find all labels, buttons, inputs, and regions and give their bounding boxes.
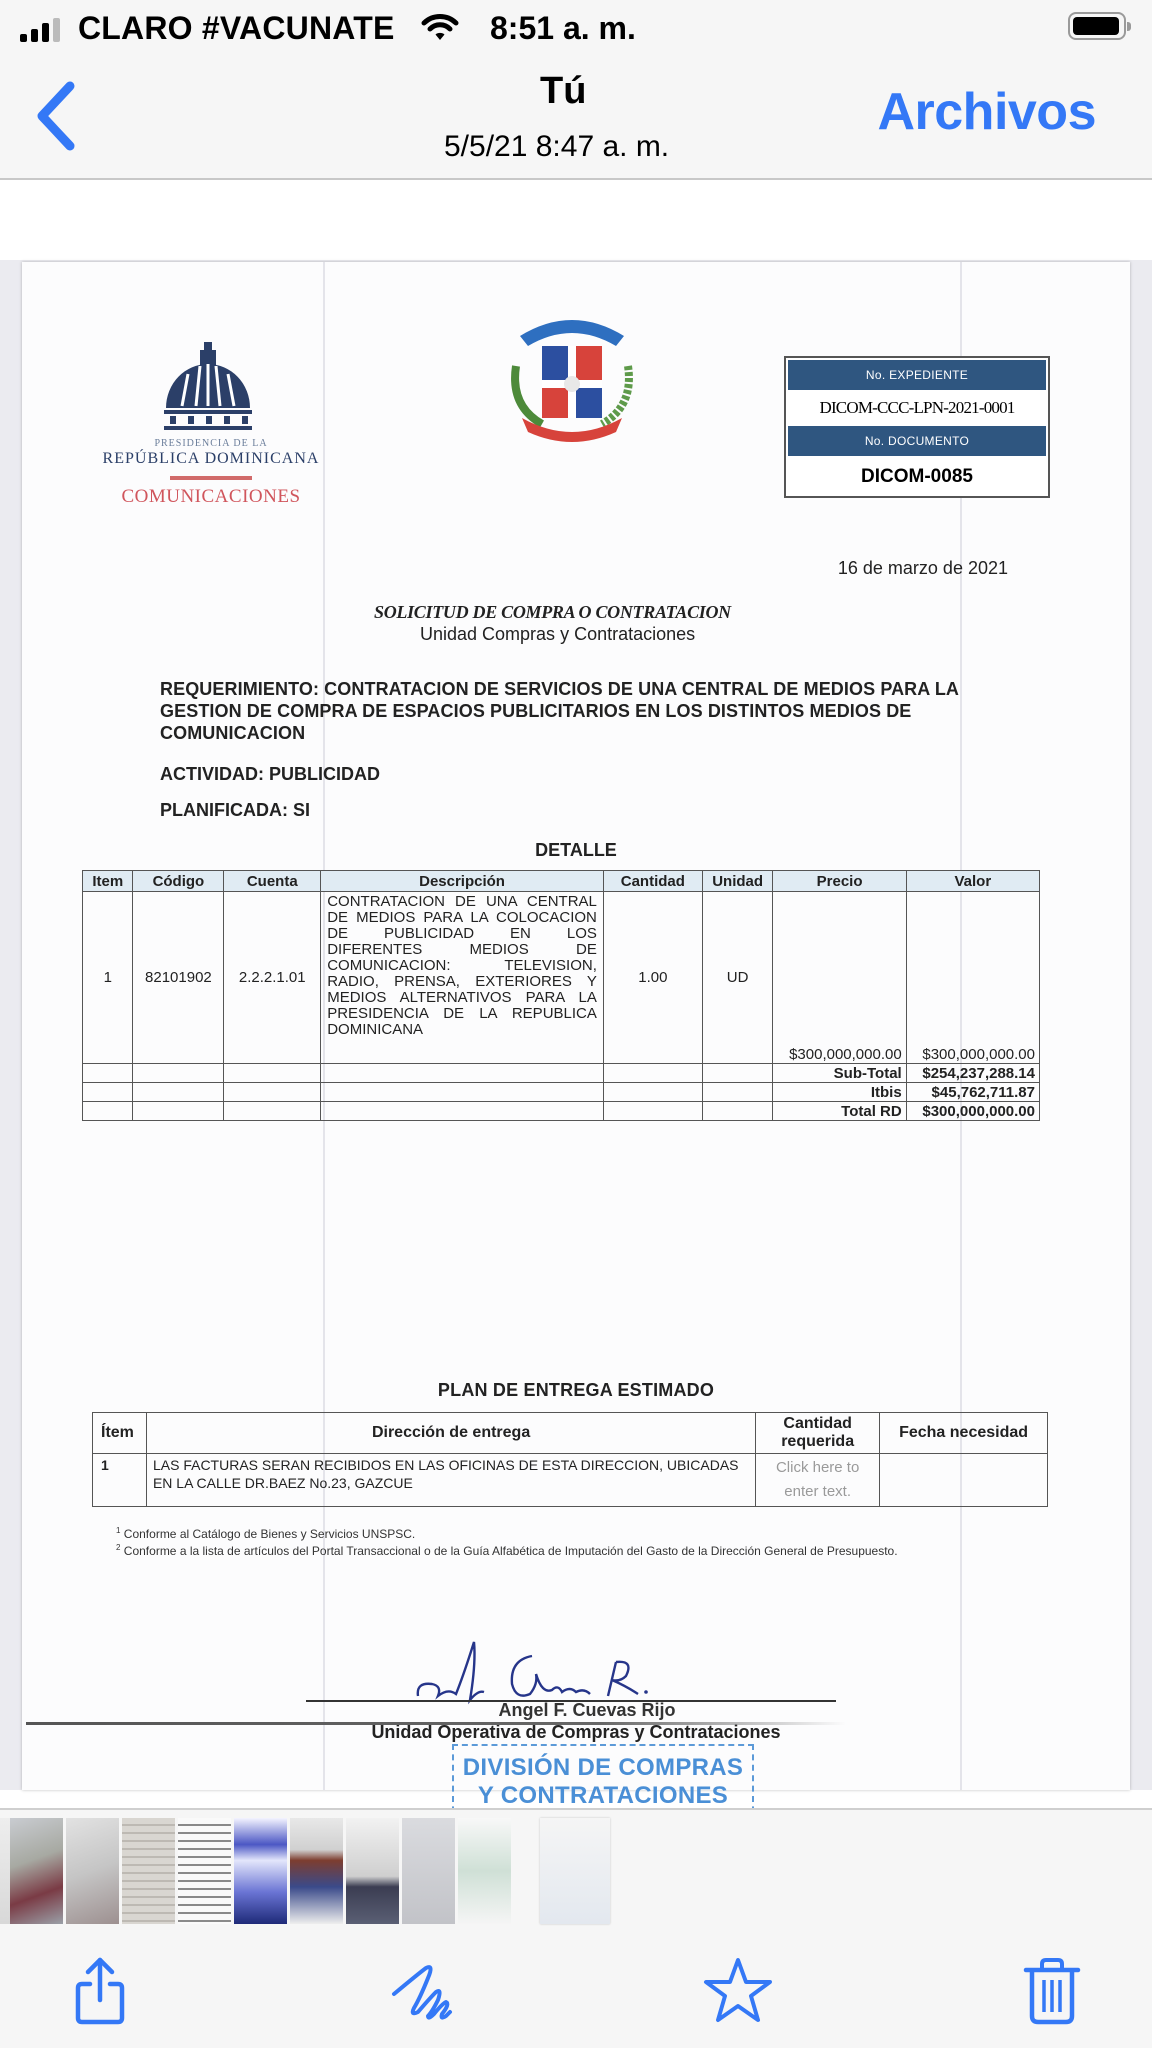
logo-department-text: COMUNICACIONES [96,486,326,508]
carrier-name: CLARO #VACUNATE [78,10,394,47]
cell-fecha [880,1454,1048,1507]
logo-divider [170,476,252,480]
thumbnail-current[interactable] [540,1818,610,1924]
thumbnail[interactable] [402,1818,455,1924]
column-header: Código [133,871,224,892]
signal-strength-icon [20,18,64,42]
thumbnail[interactable] [122,1818,175,1924]
total-label: Total RD [773,1102,906,1121]
cell-codigo: 82101902 [133,892,224,1064]
share-icon[interactable] [64,1954,136,2026]
thumbnail[interactable] [66,1818,119,1924]
form-subtitle: Unidad Compras y Contrataciones [420,624,695,645]
star-icon[interactable] [702,1954,774,2026]
dome-icon [158,342,258,432]
cantidad-placeholder-field: Click here to enter text. [756,1454,880,1507]
cell-valor: $300,000,000.00 [906,892,1039,1064]
column-header: Item [83,871,133,892]
sent-timestamp: 5/5/21 8:47 a. m. [444,130,669,164]
sender-title: Tú [540,70,586,113]
column-header: Descripción [321,871,604,892]
bottom-toolbar [0,1928,1152,2048]
plan-entrega-table: Ítem Dirección de entrega Cantidad reque… [92,1412,1048,1507]
cell-direccion: LAS FACTURAS SERAN RECIBIDOS EN LAS OFIC… [146,1454,755,1507]
column-header: Ítem [93,1413,147,1454]
battery-icon [1068,12,1126,40]
subtotal-label: Sub-Total [773,1064,906,1083]
itbis-label: Itbis [773,1083,906,1102]
document-page: PRESIDENCIA DE LA REPÚBLICA DOMINICANA C… [22,262,1130,1790]
column-header: Cantidad requerida [756,1413,880,1454]
clock: 8:51 a. m. [490,10,636,47]
thumbnail[interactable] [346,1818,399,1924]
documento-label: No. DOCUMENTO [788,426,1046,456]
documento-number: DICOM-0085 [786,466,1048,488]
column-header: Cantidad [603,871,702,892]
footnotes: 1 Conforme al Catálogo de Bienes y Servi… [116,1524,996,1558]
expediente-box: No. EXPEDIENTE DICOM-CCC-LPN-2021-0001 N… [784,356,1050,498]
thumbnail[interactable] [234,1818,287,1924]
summary-row: Itbis $45,762,711.87 [83,1083,1040,1102]
cell-cuenta: 2.2.2.1.01 [224,892,321,1064]
signer-unit: Unidad Operativa de Compras y Contrataci… [22,1722,1130,1743]
column-header: Cuenta [224,871,321,892]
requerimiento: REQUERIMIENTO: CONTRATACION DE SERVICIOS… [160,678,1020,744]
table-row: 1 82101902 2.2.2.1.01 CONTRATACION DE UN… [83,892,1040,1064]
cell-cantidad: 1.00 [603,892,702,1064]
table-header-row: Item Código Cuenta Descripción Cantidad … [83,871,1040,892]
subtotal-value: $254,237,288.14 [906,1064,1039,1083]
thumbnail-strip[interactable] [0,1808,1152,1930]
trash-icon[interactable] [1016,1954,1088,2026]
footnote: 1 Conforme al Catálogo de Bienes y Servi… [116,1524,996,1541]
scan-edge-line [26,1722,846,1725]
footnote: 2 Conforme a la lista de artículos del P… [116,1541,996,1558]
back-button[interactable] [30,78,86,154]
logo-presidencia-text: PRESIDENCIA DE LA [136,438,286,449]
thumbnail[interactable] [10,1818,63,1924]
summary-row: Total RD $300,000,000.00 [83,1102,1040,1121]
total-value: $300,000,000.00 [906,1102,1039,1121]
stamp-line-2: Y CONTRATACIONES [454,1782,752,1810]
thumbnail[interactable] [178,1818,231,1924]
archivos-button[interactable]: Archivos [877,82,1096,142]
itbis-value: $45,762,711.87 [906,1083,1039,1102]
column-header: Unidad [702,871,773,892]
detalle-title: DETALLE [22,840,1130,861]
column-header: Valor [906,871,1039,892]
summary-row: Sub-Total $254,237,288.14 [83,1064,1040,1083]
expediente-label: No. EXPEDIENTE [788,360,1046,390]
document-viewer[interactable]: PRESIDENCIA DE LA REPÚBLICA DOMINICANA C… [0,180,1152,1790]
status-bar: CLARO #VACUNATE 8:51 a. m. [0,0,1152,56]
cell-unidad: UD [702,892,773,1064]
cell-item: 1 [83,892,133,1064]
column-header: Fecha necesidad [880,1413,1048,1454]
expediente-number: DICOM-CCC-LPN-2021-0001 [786,398,1048,418]
planificada: PLANIFICADA: SI [160,800,310,821]
cell-descripcion: CONTRATACION DE UNA CENTRAL DE MEDIOS PA… [321,892,604,1064]
table-row: 1 LAS FACTURAS SERAN RECIBIDOS EN LAS OF… [93,1454,1048,1507]
column-header: Precio [773,871,906,892]
thumbnail[interactable] [458,1818,511,1924]
column-header: Dirección de entrega [146,1413,755,1454]
logo-republica-text: REPÚBLICA DOMINICANA [96,450,326,468]
thumbnail[interactable] [290,1818,343,1924]
table-header-row: Ítem Dirección de entrega Cantidad reque… [93,1413,1048,1454]
navigation-bar: Tú 5/5/21 8:47 a. m. Archivos [0,56,1152,180]
stamp-line-1: DIVISIÓN DE COMPRAS [454,1754,752,1782]
wifi-icon [420,12,460,42]
cell-item: 1 [93,1454,147,1507]
form-title: SOLICITUD DE COMPRA O CONTRATACION [374,602,731,623]
detalle-table: Item Código Cuenta Descripción Cantidad … [82,870,1040,1121]
signer-name: Angel F. Cuevas Rijo [22,1700,1130,1721]
markup-icon[interactable] [390,1954,462,2026]
cell-precio: $300,000,000.00 [773,892,906,1064]
document-date: 16 de marzo de 2021 [838,558,1008,579]
plan-entrega-title: PLAN DE ENTREGA ESTIMADO [22,1380,1130,1401]
coat-of-arms-icon [506,306,638,442]
actividad: ACTIVIDAD: PUBLICIDAD [160,764,380,785]
